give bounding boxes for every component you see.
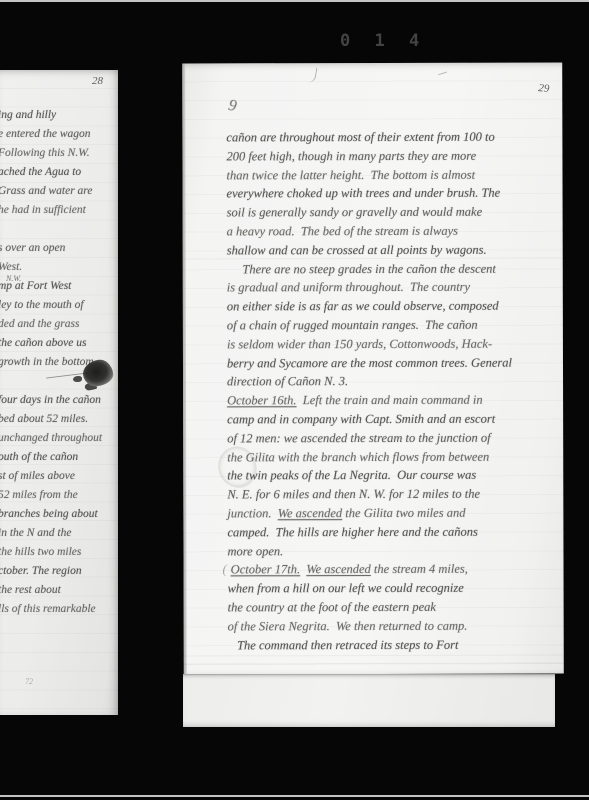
handwritten-line: when from a hill on our left we could re… <box>228 579 562 599</box>
right-page-text: cañon are throughout most of their exten… <box>226 128 561 655</box>
handwritten-line: October 17th. We ascended the stream 4 m… <box>228 560 562 580</box>
interlinear-insertion: N.W. <box>6 274 21 283</box>
handwritten-line: on either side is as far as we could obs… <box>227 297 561 317</box>
handwritten-line: four days in the cañon <box>0 391 118 410</box>
handwritten-line: he had in sufficient <box>0 201 118 220</box>
handwritten-line: is seldom wider than 150 yards, Cottonwo… <box>227 334 561 354</box>
handwritten-line: a heavy road. The bed of the stream is a… <box>227 221 561 241</box>
handwritten-line: e entered the wagon <box>0 125 118 144</box>
left-page-number: 28 <box>92 75 103 87</box>
underlying-page-edge <box>183 674 555 727</box>
handwritten-line: shallow and can be crossed at all points… <box>227 240 561 260</box>
film-edge-top <box>0 0 589 2</box>
handwritten-line: camp and in company with Capt. Smith and… <box>227 409 561 429</box>
film-edge-bottom <box>0 795 589 797</box>
pencil-tick-mark <box>438 71 447 75</box>
handwritten-line: There are no steep grades in the cañon t… <box>227 259 561 279</box>
handwritten-line: everywhere choked up with trees and unde… <box>227 184 561 204</box>
right-page-number: 29 <box>538 82 550 95</box>
handwritten-line: Following this N.W. <box>0 144 118 163</box>
faint-rule-line <box>184 663 564 665</box>
frame-counter: 0 1 4 <box>340 31 426 51</box>
handwritten-line: st of miles above <box>0 467 118 486</box>
handwritten-line: 52 miles from the <box>0 486 118 505</box>
handwritten-line: ded and the grass <box>0 315 118 334</box>
handwritten-line: cañon are throughout most of their exten… <box>226 128 560 148</box>
handwritten-line: unchanged throughout <box>0 429 118 448</box>
handwritten-line: bed about 52 miles. <box>0 410 118 429</box>
handwritten-line: more open. <box>227 541 561 561</box>
handwritten-line: soil is generally sandy or gravelly and … <box>227 203 561 223</box>
handwritten-line: N. E. for 6 miles and then N. W. for 12 … <box>227 485 561 505</box>
microfilm-scan-frame: 0 1 4 28 ing and hillye entered the wago… <box>0 0 589 800</box>
handwritten-line: of the Siera Negrita. We then returned t… <box>228 616 562 636</box>
ink-blot-satellite <box>73 376 82 382</box>
handwritten-line: branches being about <box>0 505 118 524</box>
handwritten-line: berry and Sycamore are the most common t… <box>227 353 561 373</box>
margin-pencil-c-mark: ( <box>223 561 227 577</box>
handwritten-line: the rest about <box>0 581 118 600</box>
handwritten-line: than twice the latter height. The bottom… <box>226 165 560 185</box>
handwritten-line: camped. The hills are higher here and th… <box>227 522 561 542</box>
handwritten-line <box>0 220 118 239</box>
left-page: 28 ing and hillye entered the wagonFollo… <box>0 70 118 715</box>
handwritten-line: the Gilita with the branch which flows f… <box>227 447 561 467</box>
faint-rule-line <box>184 655 564 657</box>
right-page: 29 9 ( cañon are throughout most of thei… <box>182 63 564 675</box>
handwritten-line: the twin peaks of the La Negrita. Our co… <box>227 466 561 486</box>
handwritten-line: ley to the mouth of <box>0 296 118 315</box>
pencil-squiggle-mark <box>307 67 317 84</box>
handwritten-line: October 16th. Left the train and main co… <box>227 391 561 411</box>
handwritten-line: 200 feet high, though in many parts they… <box>226 146 560 166</box>
handwritten-line: lls of this remarkable <box>0 600 118 619</box>
handwritten-line: of a chain of rugged mountain ranges. Th… <box>227 315 561 335</box>
handwritten-line: ached the Agua to <box>0 163 118 182</box>
handwritten-line: The command then retraced its steps to F… <box>228 635 562 655</box>
handwritten-line: junction. We ascended the Gilita two mil… <box>227 503 561 523</box>
handwritten-line: in the N and the <box>0 524 118 543</box>
margin-mark: 9 <box>227 97 239 116</box>
handwritten-line: direction of Cañon N. 3. <box>227 372 561 392</box>
handwritten-line: ctober. The region <box>0 562 118 581</box>
handwritten-line: the country at the foot of the eastern p… <box>228 597 562 617</box>
handwritten-line: the hills two miles <box>0 543 118 562</box>
handwritten-line: s over an open <box>0 239 118 258</box>
handwritten-line: is gradual and uniform throughout. The c… <box>227 278 561 298</box>
handwritten-line: of 12 men: we ascended the stream to the… <box>227 428 561 448</box>
handwritten-line: outh of the cañon <box>0 448 118 467</box>
handwritten-line: Grass and water are <box>0 182 118 201</box>
handwritten-line: the cañon above us <box>0 334 118 353</box>
handwritten-line: ing and hilly <box>0 106 118 125</box>
corner-pencil-mark: 72 <box>25 677 33 686</box>
